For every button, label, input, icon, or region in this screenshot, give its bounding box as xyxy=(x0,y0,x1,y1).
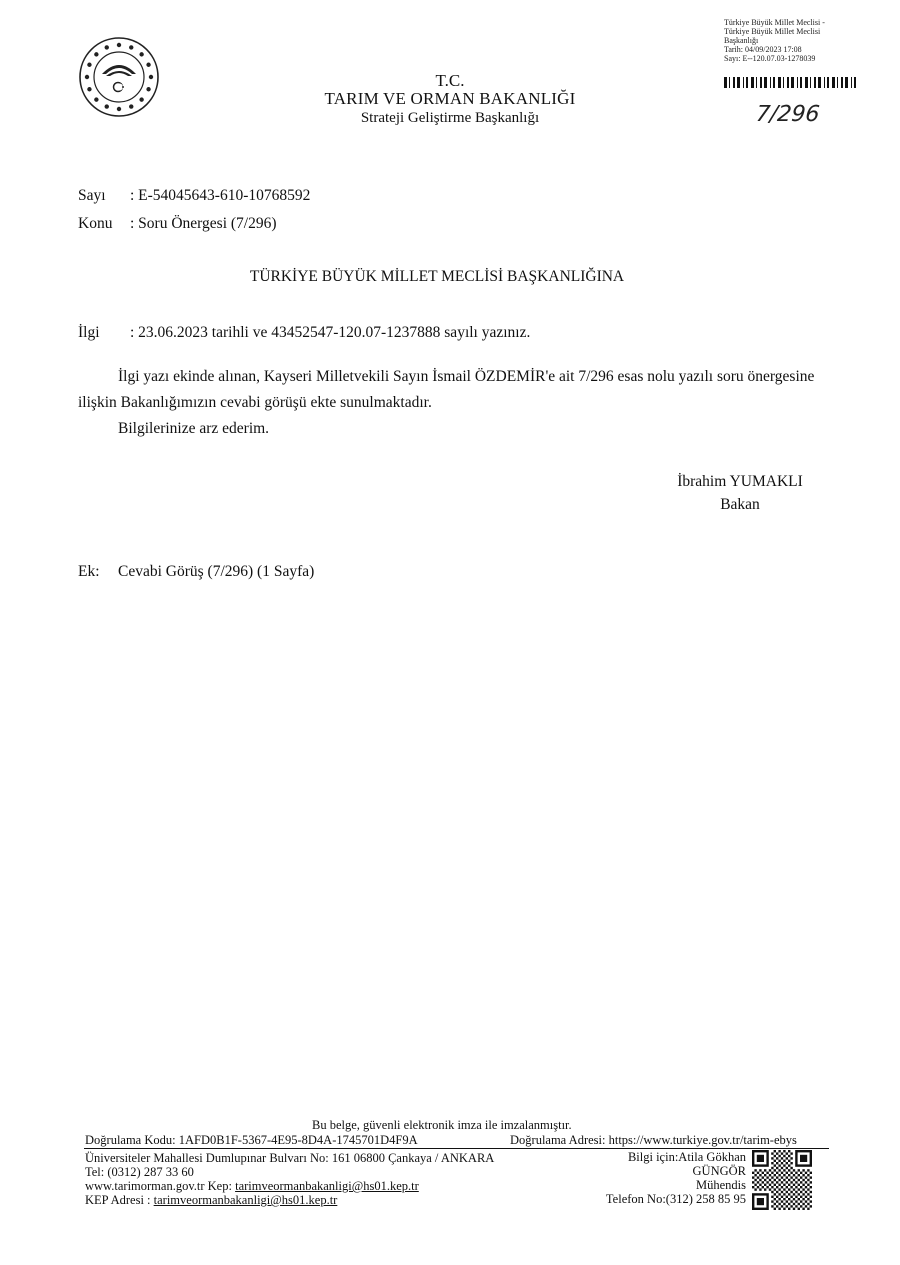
signatory-name: İbrahim YUMAKLI xyxy=(640,473,840,491)
ministry-seal-icon xyxy=(78,36,160,118)
letter-body: İlgi yazı ekinde alınan, Kayseri Milletv… xyxy=(78,364,823,442)
contact-info: Bilgi için:Atila Gökhan GÜNGÖR Mühendis … xyxy=(590,1150,746,1206)
web-kep-line: www.tarimorman.gov.tr Kep: tarimveormanb… xyxy=(85,1179,419,1193)
kep-address-link[interactable]: tarimveormanbakanligi@hs01.kep.tr xyxy=(154,1193,338,1207)
body-paragraph: İlgi yazı ekinde alınan, Kayseri Milletv… xyxy=(78,364,823,416)
addressee: TÜRKİYE BÜYÜK MİLLET MECLİSİ BAŞKANLIĞIN… xyxy=(0,268,860,286)
ilgi-row: İlgi: 23.06.2023 tarihli ve 43452547-120… xyxy=(78,324,530,342)
ilgi-label: İlgi xyxy=(78,324,130,342)
kep-address-line: KEP Adresi : tarimveormanbakanligi@hs01.… xyxy=(85,1193,337,1207)
kep-label: KEP Adresi : xyxy=(85,1193,154,1207)
attachment-label: Ek: xyxy=(78,563,118,581)
ilgi-value: : 23.06.2023 tarihli ve 43452547-120.07-… xyxy=(130,324,530,341)
esign-note: Bu belge, güvenli elektronik imza ile im… xyxy=(312,1118,572,1132)
sayi-value: : E-54045643-610-10768592 xyxy=(130,187,310,204)
phone: Tel: (0312) 287 33 60 xyxy=(85,1165,194,1179)
ministry-name: TARIM VE ORMAN BAKANLIĞI xyxy=(250,89,650,109)
verification-code: Doğrulama Kodu: 1AFD0B1F-5367-4E95-8D4A-… xyxy=(85,1133,418,1147)
konu-label: Konu xyxy=(78,215,130,233)
barcode-icon xyxy=(724,75,859,86)
signatory-title: Bakan xyxy=(640,496,840,514)
footer-divider xyxy=(84,1148,829,1149)
konu-value: : Soru Önergesi (7/296) xyxy=(130,215,277,232)
contact-title: Mühendis xyxy=(590,1178,746,1192)
stamp-date: Tarih: 04/09/2023 17:08 xyxy=(724,45,825,54)
konu-row: Konu: Soru Önergesi (7/296) xyxy=(78,215,277,233)
attachment-row: Ek:Cevabi Görüş (7/296) (1 Sayfa) xyxy=(78,563,314,581)
receipt-stamp: Türkiye Büyük Millet Meclisi - Türkiye B… xyxy=(724,18,825,63)
department-name: Strateji Geliştirme Başkanlığı xyxy=(250,110,650,127)
stamp-line1: Türkiye Büyük Millet Meclisi - xyxy=(724,18,825,27)
handwritten-number: 7/296 xyxy=(755,102,821,127)
contact-phone: Telefon No:(312) 258 85 95 xyxy=(590,1192,746,1206)
sayi-row: Sayı: E-54045643-610-10768592 xyxy=(78,187,310,205)
sayi-label: Sayı xyxy=(78,187,130,205)
stamp-line2: Türkiye Büyük Millet Meclisi xyxy=(724,27,825,36)
attachment-value: Cevabi Görüş (7/296) (1 Sayfa) xyxy=(118,563,314,580)
verification-address[interactable]: Doğrulama Adresi: https://www.turkiye.go… xyxy=(510,1133,797,1147)
stamp-number: Sayı: E--120.07.03-1278039 xyxy=(724,54,825,63)
body-closing: Bilgilerinize arz ederim. xyxy=(78,416,823,442)
stamp-line3: Başkanlığı xyxy=(724,36,825,45)
website[interactable]: www.tarimorman.gov.tr Kep: xyxy=(85,1179,235,1193)
postal-address: Üniversiteler Mahallesi Dumlupınar Bulva… xyxy=(85,1151,494,1165)
contact-name: Bilgi için:Atila Gökhan xyxy=(590,1150,746,1164)
contact-surname: GÜNGÖR xyxy=(590,1164,746,1178)
header-tc: T.C. xyxy=(250,71,650,91)
kep-link[interactable]: tarimveormanbakanligi@hs01.kep.tr xyxy=(235,1179,419,1193)
qr-code-icon xyxy=(752,1150,812,1210)
